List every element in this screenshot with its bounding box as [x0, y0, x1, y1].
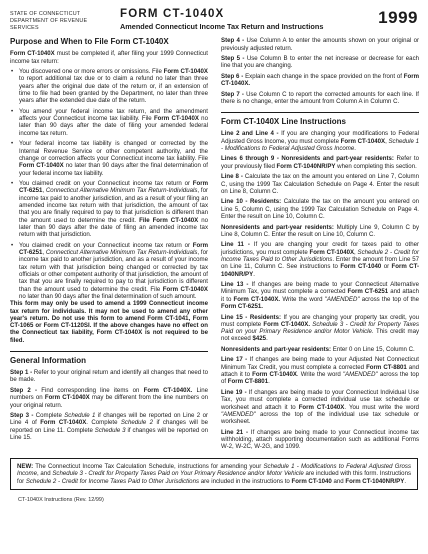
line-instruction-paragraph: Line 21 - If changes are being made to y… [221, 429, 419, 451]
agency-block: STATE OF CONNECTICUT DEPARTMENT OF REVEN… [10, 8, 114, 31]
bullet-item: •You amend your federal income tax retur… [10, 108, 208, 137]
title-block: FORM CT-1040X Amended Connecticut Income… [114, 8, 378, 31]
line-instruction-paragraph: Line 2 and Line 4 - If you are changing … [221, 130, 419, 152]
bullet-item: •You discovered one or more errors or om… [10, 68, 208, 105]
line-instruction-paragraph: Nonresidents and part-year residents: Mu… [221, 224, 419, 239]
purpose-bullet-list: •You discovered one or more errors or om… [10, 68, 208, 300]
form-header: STATE OF CONNECTICUT DEPARTMENT OF REVEN… [10, 8, 420, 31]
form-subtitle: Amended Connecticut Income Tax Return an… [120, 22, 378, 31]
line-instruction-paragraphs: Line 2 and Line 4 - If you are changing … [221, 130, 419, 450]
purpose-closing-note: This form may only be used to amend a 19… [10, 300, 208, 344]
line-instruction-paragraph: Line 11 - If you are changing your credi… [221, 241, 419, 278]
agency-line-1: STATE OF CONNECTICUT [10, 11, 114, 18]
bullet-item: •Your federal income tax liability is ch… [10, 140, 208, 177]
two-column-body: Purpose and When to File Form CT-1040X F… [10, 37, 420, 450]
bullet-icon: • [11, 180, 13, 187]
line-instruction-paragraph: Lines 6 through 9 - Nonresidents and par… [221, 155, 419, 170]
form-title: FORM CT-1040X [120, 8, 378, 20]
right-steps: Step 4 - Use Column A to enter the amoun… [221, 37, 419, 105]
bullet-icon: • [11, 68, 13, 75]
line-instruction-paragraph: Line 13 - If changes are being made to y… [221, 281, 419, 310]
agency-line-2: DEPARTMENT OF REVENUE SERVICES [10, 18, 114, 32]
bullet-item: •You claimed credit on your Connecticut … [10, 242, 208, 301]
tax-year: 1999 [378, 8, 420, 28]
bullet-icon: • [11, 140, 13, 147]
right-column: Step 4 - Use Column A to enter the amoun… [221, 37, 419, 450]
general-info-steps: Step 1 - Refer to your original return a… [10, 369, 208, 441]
line-instruction-paragraph: Line 19 - If changes are being made to y… [221, 389, 419, 426]
step-paragraph: Step 4 - Use Column A to enter the amoun… [221, 37, 419, 52]
line-instruction-paragraph: Line 8 - Calculate the tax on the amount… [221, 173, 419, 195]
step-paragraph: Step 2 - Find corresponding line items o… [10, 387, 208, 409]
new-notice-box: NEW: The Connecticut Income Tax Calculat… [10, 458, 418, 491]
step-paragraph: Step 1 - Refer to your original return a… [10, 369, 208, 384]
bullet-icon: • [11, 242, 13, 249]
line-instructions-heading: Form CT-1040X Line Instructions [221, 112, 419, 126]
line-instruction-paragraph: Line 10 - Residents: Calculate the tax o… [221, 198, 419, 220]
line-instruction-paragraph: Line 15 - Residents: If you are changing… [221, 314, 419, 343]
left-column: Purpose and When to File Form CT-1040X F… [10, 37, 208, 450]
footer-revision-note: CT-1040X Instructions (Rev. 12/99) [18, 497, 420, 503]
line-instruction-paragraph: Line 17 - If changes are being made to y… [221, 356, 419, 385]
line-instruction-paragraph: Nonresidents and part-year residents: En… [221, 346, 419, 353]
step-paragraph: Step 3 - Complete Schedule 1 if changes … [10, 412, 208, 441]
bullet-item: •You claimed credit on your Connecticut … [10, 180, 208, 239]
bullet-icon: • [11, 108, 13, 115]
step-paragraph: Step 6 - Explain each change in the spac… [221, 73, 419, 88]
step-paragraph: Step 5 - Use Column B to enter the net i… [221, 55, 419, 70]
page: STATE OF CONNECTICUT DEPARTMENT OF REVEN… [0, 0, 428, 554]
step-paragraph: Step 7 - Use Column C to report the corr… [221, 91, 419, 106]
purpose-intro: Form CT-1040X must be completed if, afte… [10, 50, 208, 65]
purpose-heading: Purpose and When to File Form CT-1040X [10, 37, 208, 46]
general-info-heading: General Information [10, 351, 208, 365]
